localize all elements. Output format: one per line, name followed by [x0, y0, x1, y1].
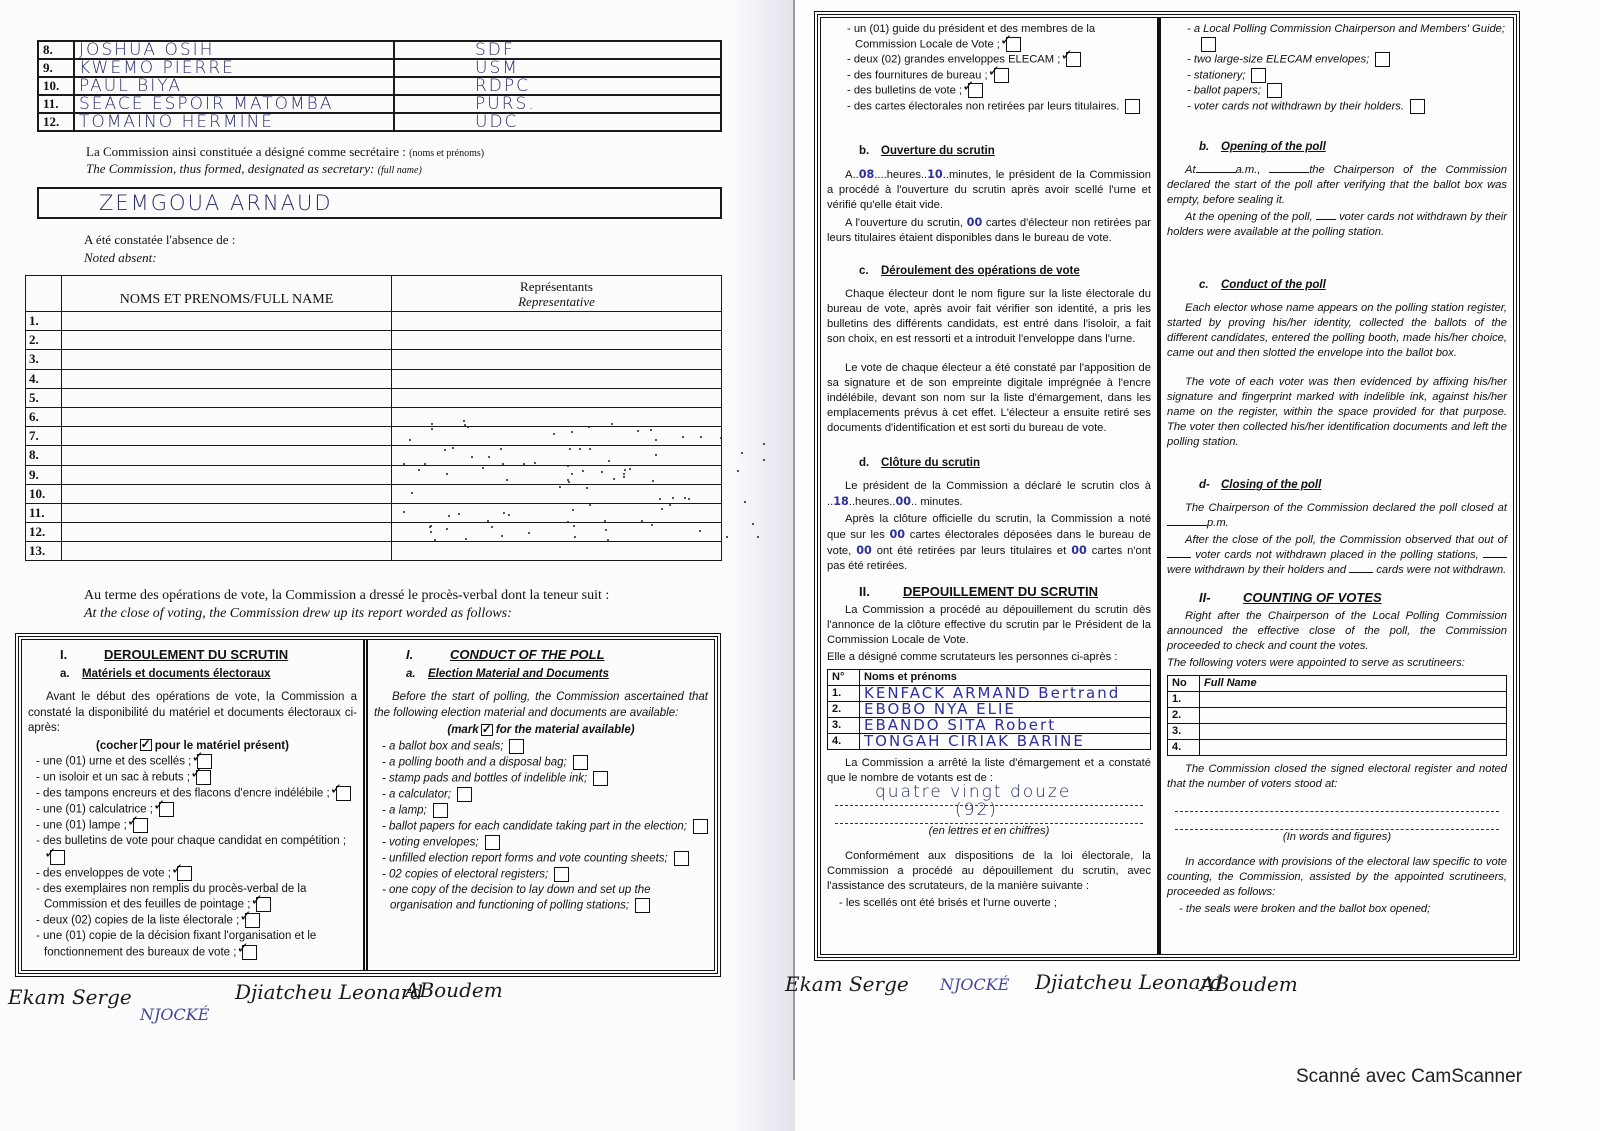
- member-number: 12.: [38, 113, 74, 131]
- checkbox[interactable]: [196, 770, 211, 785]
- checklist-item: - des enveloppes de vote ;: [36, 866, 357, 882]
- checklist-item-label: - deux (02) grandes enveloppes ELECAM ;: [847, 54, 1060, 66]
- counting-procedure-fr: Conformément aux dispositions de la loi …: [827, 849, 1151, 894]
- absent-row: 1.: [26, 312, 722, 331]
- absent-row: 5.: [26, 388, 722, 407]
- absent-members-table: NOMS ET PRENOMS/FULL NAME Représentants …: [25, 275, 722, 561]
- checklist-item-label: - deux (02) copies de la liste électoral…: [36, 915, 239, 927]
- member-row: 12. TOMAINO HERMINE UDC: [38, 113, 721, 131]
- secretary-hint-en: (full name): [378, 165, 422, 176]
- scrutineer-number: 3.: [828, 718, 860, 734]
- absent-representative-cell[interactable]: [392, 312, 722, 331]
- signature-3-left: Djiatcheu Leonard: [235, 980, 423, 1004]
- scrutineer-name[interactable]: [1200, 708, 1507, 724]
- material-checklist-fr-continued: - un (01) guide du président et des memb…: [827, 22, 1151, 114]
- scrutineer-row: 2.: [1168, 708, 1507, 724]
- speckle: [463, 420, 465, 422]
- absent-row-number: 12.: [26, 523, 62, 542]
- counting-item-en: - the seals were broken and the ballot b…: [1167, 902, 1507, 917]
- checklist-item-label: - a Local Polling Commission Chairperson…: [1187, 23, 1505, 35]
- speckle: [669, 504, 671, 506]
- checkbox[interactable]: [635, 898, 650, 913]
- voters-hint-fr: (en lettres et en chiffres): [827, 824, 1151, 839]
- voters-words-field-en[interactable]: [1175, 794, 1499, 812]
- checkbox[interactable]: [1267, 83, 1282, 98]
- checklist-item-label: - a lamp;: [382, 804, 427, 816]
- opening-minutes-value[interactable]: 10: [927, 168, 943, 181]
- closing-text-b: heures: [855, 496, 889, 508]
- camscanner-watermark: Scanné avec CamScanner: [1296, 1066, 1522, 1088]
- opening-text-a: A: [845, 169, 852, 181]
- absent-row: 9.: [26, 465, 722, 484]
- subsection-a-title-en: Election Material and Documents: [428, 668, 609, 680]
- absent-row: 7.: [26, 427, 722, 446]
- speckle: [503, 512, 505, 514]
- subsection-c-heading-en: c.Conduct of the poll: [1199, 278, 1507, 293]
- scrutineer-row: 4.TONGAH CIRIAK BARINE: [828, 734, 1151, 750]
- signature-2-left: NJOCKÉ: [140, 1005, 209, 1024]
- subsection-b-heading-en: b.Opening of the poll: [1199, 140, 1507, 155]
- checklist-item-label: - two large-size ELECAM envelopes;: [1187, 54, 1369, 66]
- checklist-item: - des exemplaires non remplis du procès-…: [36, 882, 357, 914]
- absent-representative-cell[interactable]: [392, 407, 722, 426]
- conduct-p1-fr: Chaque électeur dont le nom figure sur l…: [827, 287, 1151, 347]
- absent-row-number: 11.: [26, 503, 62, 522]
- speckle: [488, 456, 490, 458]
- checklist-item: - des bulletins de vote pour chaque cand…: [36, 834, 357, 866]
- subsection-d-title-fr: Clôture du scrutin: [881, 457, 980, 469]
- checklist-item: - une (01) lampe ;: [36, 818, 357, 834]
- checklist-item: - one copy of the decision to lay down a…: [382, 883, 708, 915]
- subsection-a-letter-en: a.: [406, 667, 428, 683]
- absent-row: 12.: [26, 523, 722, 542]
- member-row: 9. KWEMO PIERRE USM: [38, 59, 721, 77]
- scrutineers-intro-fr: Elle a désigné comme scrutateurs les per…: [827, 650, 1151, 665]
- scrutineers-table-en: NoFull Name1.2.3.4.: [1167, 675, 1507, 756]
- member-name[interactable]: SEACE ESPOIR MATOMBA: [74, 95, 394, 113]
- opening-cards-en-text-a: At the opening of the poll,: [1185, 211, 1313, 223]
- absent-name-cell[interactable]: [62, 388, 392, 407]
- speckle: [623, 473, 625, 475]
- absent-header-rep-en: Representative: [392, 294, 721, 309]
- absent-representative-cell[interactable]: [392, 523, 722, 542]
- checkbox[interactable]: [1006, 37, 1021, 52]
- absent-row-number: 8.: [26, 446, 62, 465]
- checkbox[interactable]: [968, 83, 983, 98]
- checklist-item: - ballot papers for each candidate takin…: [382, 819, 708, 835]
- opening-cards-value[interactable]: 00: [967, 216, 983, 229]
- speckle: [571, 431, 573, 433]
- absent-representative-cell[interactable]: [392, 446, 722, 465]
- speckle: [763, 443, 765, 445]
- subsection-c-letter-en: c.: [1199, 278, 1221, 293]
- section-I-roman-fr: I.: [60, 647, 104, 663]
- checklist-item: - voting envelopes;: [382, 835, 708, 851]
- voters-figure-field[interactable]: (92): [835, 806, 1143, 824]
- secretary-field[interactable]: ZEMGOUA ARNAUD: [37, 187, 722, 219]
- checklist-item: - two large-size ELECAM envelopes;: [1187, 52, 1507, 67]
- absent-representative-cell[interactable]: [392, 542, 722, 561]
- checklist-item: - des cartes électorales non retirées pa…: [847, 99, 1151, 114]
- subsection-a-title-fr: Matériels et documents électoraux: [82, 668, 271, 680]
- scrutineers-intro-en: The following voters were appointed to s…: [1167, 656, 1507, 671]
- absent-row: 6.: [26, 407, 722, 426]
- counting-procedure-en: In accordance with provisions of the ele…: [1167, 855, 1507, 900]
- absent-representative-cell[interactable]: [392, 388, 722, 407]
- checkbox[interactable]: [50, 850, 65, 865]
- checkbox[interactable]: [554, 867, 569, 882]
- section-I-title-fr: DEROULEMENT DU SCRUTIN: [104, 647, 288, 662]
- member-row: 8. JOSHUA OSIH SDF: [38, 41, 721, 59]
- section-I-heading-fr: I.DEROULEMENT DU SCRUTIN: [60, 647, 357, 663]
- absent-header-representative: Représentants Representative: [392, 276, 722, 312]
- closing-cards-en-text-d: cards were not withdrawn.: [1376, 564, 1506, 576]
- checkbox[interactable]: [1125, 99, 1140, 114]
- checkbox-sample-icon: [481, 724, 493, 736]
- member-row: 10. PAUL BIYA RDPC: [38, 77, 721, 95]
- checklist-item-label: - ballot papers;: [1187, 85, 1261, 97]
- checklist-item-label: - voter cards not withdrawn by their hol…: [1187, 100, 1404, 112]
- scrutineer-row: 1.: [1168, 692, 1507, 708]
- absent-row: 10.: [26, 484, 722, 503]
- member-name[interactable]: TOMAINO HERMINE: [74, 113, 394, 131]
- scrutineer-number: 2.: [828, 702, 860, 718]
- absent-name-cell[interactable]: [62, 407, 392, 426]
- signature-1-right: Ekam Serge: [785, 972, 909, 996]
- checklist-item-label: - a calculator;: [382, 788, 451, 800]
- checklist-item: - a polling booth and a disposal bag;: [382, 755, 708, 771]
- speckle: [608, 460, 610, 462]
- opening-en-text-a: At: [1185, 164, 1196, 176]
- opening-en-text-c: the Chairperson of the Commission declar…: [1167, 164, 1507, 206]
- subsection-d-letter-fr: d.: [859, 456, 881, 471]
- cards-withdrawn-value[interactable]: 00: [856, 544, 872, 557]
- subsection-b-letter-en: b.: [1199, 140, 1221, 155]
- speckle: [409, 439, 411, 441]
- material-checklist-fr: - une (01) urne et des scellés ;- un iso…: [28, 754, 357, 961]
- speckle: [699, 530, 701, 532]
- checkbox[interactable]: [674, 851, 689, 866]
- checkbox[interactable]: [242, 945, 257, 960]
- checklist-item: - un isoloir et un sac à rebuts ;: [36, 770, 357, 786]
- absent-row-number: 2.: [26, 331, 62, 350]
- scrutineer-name[interactable]: [1200, 724, 1507, 740]
- opening-en-text-b: a.m.,: [1236, 164, 1261, 176]
- checkbox[interactable]: [1410, 99, 1425, 114]
- absent-name-cell[interactable]: [62, 427, 392, 446]
- closing-cards-fr: Après la clôture officielle du scrutin, …: [827, 512, 1151, 574]
- member-party[interactable]: PURS.: [394, 95, 721, 113]
- checklist-item: - des tampons encreurs et des flacons d'…: [36, 786, 357, 802]
- closing-cards-text-c: ont été retirées par leurs titulaires et: [877, 545, 1066, 557]
- closing-hours-value[interactable]: 18: [833, 495, 849, 508]
- absent-name-cell[interactable]: [62, 503, 392, 522]
- speckle: [572, 509, 574, 511]
- absent-representative-cell[interactable]: [392, 465, 722, 484]
- speckle: [448, 515, 450, 517]
- cards-deposited-blank[interactable]: [1167, 557, 1191, 558]
- section-II-roman-en: II-: [1199, 590, 1243, 605]
- checklist-item: - ballot papers;: [1187, 83, 1507, 98]
- checkbox[interactable]: [994, 68, 1009, 83]
- opening-text-b: heures: [887, 169, 921, 181]
- absent-label-fr: A été constatée l'absence de :: [84, 232, 235, 248]
- section-II-roman-fr: II.: [859, 584, 903, 599]
- checkbox[interactable]: [573, 755, 588, 770]
- speckle: [659, 498, 661, 500]
- speckle: [506, 479, 508, 481]
- speckle: [684, 497, 686, 499]
- speckle: [605, 529, 607, 531]
- checklist-item-label: - voting envelopes;: [382, 836, 479, 848]
- scrutineer-number: 4.: [1168, 740, 1200, 756]
- absent-row: 13.: [26, 542, 722, 561]
- absent-representative-cell[interactable]: [392, 484, 722, 503]
- cards-not-withdrawn-blank[interactable]: [1349, 572, 1373, 573]
- opening-cards-fr: A l'ouverture du scrutin, 00 cartes d'él…: [827, 215, 1151, 246]
- speckle: [446, 528, 448, 530]
- absent-name-cell[interactable]: [62, 369, 392, 388]
- scrutineer-name[interactable]: [1200, 692, 1507, 708]
- section-I-heading-en: I.CONDUCT OF THE POLL: [406, 647, 708, 663]
- member-party[interactable]: RDPC: [394, 77, 721, 95]
- speckle: [611, 423, 613, 425]
- checklist-item-label: - une (01) lampe ;: [36, 820, 127, 832]
- checkbox[interactable]: [159, 802, 174, 817]
- secretary-label-en: The Commission, thus formed, designated …: [86, 161, 422, 177]
- checklist-item-label: - des bulletins de vote pour chaque cand…: [36, 835, 346, 847]
- section-II-heading-en: II-COUNTING OF VOTES: [1199, 590, 1507, 605]
- checkbox[interactable]: [693, 819, 708, 834]
- member-name[interactable]: KWEMO PIERRE: [74, 59, 394, 77]
- checkbox[interactable]: [1375, 52, 1390, 67]
- closing-cards-en-text-a: After the close of the poll, the Commiss…: [1185, 534, 1507, 546]
- voters-figure-field-en[interactable]: [1175, 812, 1499, 830]
- subsection-b-title-fr: Ouverture du scrutin: [881, 145, 995, 157]
- checkbox[interactable]: [1066, 52, 1081, 67]
- closing-time-blank[interactable]: [1167, 525, 1207, 526]
- closing-en-text-b: p.m.: [1207, 517, 1229, 529]
- scrutineer-number: 2.: [1168, 708, 1200, 724]
- opening-hours-value[interactable]: 08: [859, 168, 875, 181]
- secretary-label-fr: La Commission ainsi constituée a désigné…: [86, 144, 484, 160]
- page-gutter: [735, 0, 795, 1131]
- checklist-item-label: - des enveloppes de vote ;: [36, 867, 171, 879]
- scrutineer-number: 4.: [828, 734, 860, 750]
- member-name[interactable]: PAUL BIYA: [74, 77, 394, 95]
- secretary-label-fr-text: La Commission ainsi constituée a désigné…: [86, 144, 409, 159]
- absent-row-number: 4.: [26, 369, 62, 388]
- member-party[interactable]: UDC: [394, 113, 721, 131]
- checklist-item: - unfilled election report forms and vot…: [382, 851, 708, 867]
- checklist-item: - a Local Polling Commission Chairperson…: [1187, 22, 1507, 52]
- checklist-item-label: - stamp pads and bottles of indelible in…: [382, 772, 587, 784]
- checklist-item: - stationery;: [1187, 68, 1507, 83]
- checkbox[interactable]: [1201, 37, 1216, 52]
- subsection-d-heading-en: d-Closing of the poll: [1199, 478, 1507, 493]
- checklist-item-label: - ballot papers for each candidate takin…: [382, 820, 687, 832]
- absent-name-cell[interactable]: [62, 331, 392, 350]
- checklist-item-label: - unfilled election report forms and vot…: [382, 852, 668, 864]
- absent-representative-cell[interactable]: [392, 331, 722, 350]
- checklist-item: - a lamp;: [382, 803, 708, 819]
- absent-representative-cell[interactable]: [392, 427, 722, 446]
- checkbox[interactable]: [485, 835, 500, 850]
- cards-deposited-value[interactable]: 00: [890, 528, 906, 541]
- checklist-item: - voter cards not withdrawn by their hol…: [1187, 99, 1507, 114]
- checkbox[interactable]: [1251, 68, 1266, 83]
- instruction-pre-fr: (cocher: [96, 740, 138, 752]
- material-instruction-en: (mark for the material available): [374, 723, 708, 739]
- checkbox-sample-icon: [140, 739, 152, 751]
- checklist-item: - une (01) copie de la décision fixant l…: [36, 929, 357, 961]
- subsection-a-heading-en: a.Election Material and Documents: [406, 667, 708, 683]
- checkbox[interactable]: [509, 739, 524, 754]
- speckle: [652, 480, 654, 482]
- member-number: 9.: [38, 59, 74, 77]
- speckle: [434, 539, 436, 541]
- closing-minutes-value[interactable]: 00: [895, 495, 911, 508]
- subsection-c-title-en: Conduct of the poll: [1221, 279, 1326, 291]
- checkbox[interactable]: [336, 786, 351, 801]
- secretary-name: ZEMGOUA ARNAUD: [99, 191, 333, 215]
- absent-representative-cell[interactable]: [392, 503, 722, 522]
- scrutineer-header-name: Full Name: [1200, 676, 1507, 692]
- secretary-hint-fr: (noms et prénoms): [409, 148, 484, 159]
- section-II-title-fr: DEPOUILLEMENT DU SCRUTIN: [903, 584, 1098, 599]
- absent-header-rep-fr: Représentants: [520, 279, 593, 294]
- closing-statement-en: At the close of voting, the Commission d…: [84, 606, 512, 622]
- section-II-heading-fr: II.DEPOUILLEMENT DU SCRUTIN: [859, 584, 1151, 599]
- closing-statement-fr: Au terme des opérations de vote, la Comm…: [84, 588, 609, 604]
- checkbox[interactable]: [245, 913, 260, 928]
- checklist-item: - a calculator;: [382, 787, 708, 803]
- checkbox[interactable]: [593, 771, 608, 786]
- absent-row-number: 3.: [26, 350, 62, 369]
- signature-2-right: NJOCKÉ: [940, 975, 1009, 994]
- material-intro-en: Before the start of polling, the Commiss…: [374, 690, 708, 721]
- speckle: [604, 520, 606, 522]
- scrutineers-table-fr: N°Noms et prénoms1.KENFACK ARMAND Bertra…: [827, 669, 1151, 750]
- checklist-item-label: - des cartes électorales non retirées pa…: [847, 100, 1119, 112]
- absent-header-name: NOMS ET PRENOMS/FULL NAME: [62, 276, 392, 312]
- checkbox[interactable]: [457, 787, 472, 802]
- absent-row: 8.: [26, 446, 722, 465]
- opening-minutes-blank[interactable]: [1269, 172, 1309, 173]
- absent-name-cell[interactable]: [62, 465, 392, 484]
- absent-row-number: 1.: [26, 312, 62, 331]
- closing-cards-en-text-c: were withdrawn by their holders and: [1167, 564, 1346, 576]
- checklist-item-label: - des tampons encreurs et des flacons d'…: [36, 788, 330, 800]
- subsection-c-letter-fr: c.: [859, 264, 881, 279]
- absent-name-cell[interactable]: [62, 523, 392, 542]
- scrutineer-header-no: N°: [828, 670, 860, 686]
- subsection-c-title-fr: Déroulement des opérations de vote: [881, 265, 1080, 277]
- absent-row-number: 7.: [26, 427, 62, 446]
- checklist-item-label: - stationery;: [1187, 69, 1245, 81]
- scrutineer-row: 3.: [1168, 724, 1507, 740]
- checkbox[interactable]: [133, 818, 148, 833]
- checklist-item-label: - a polling booth and a disposal bag;: [382, 756, 567, 768]
- checklist-item-label: - a ballot box and seals;: [382, 740, 503, 752]
- opening-hours-blank[interactable]: [1196, 172, 1236, 173]
- secretary-label-en-text: The Commission, thus formed, designated …: [86, 161, 378, 176]
- scrutineer-name[interactable]: [1200, 740, 1507, 756]
- checklist-item-label: - des bulletins de vote ;: [847, 85, 962, 97]
- scrutineer-row: 4.: [1168, 740, 1507, 756]
- checkbox[interactable]: [256, 897, 271, 912]
- absent-row: 2.: [26, 331, 722, 350]
- signature-4-right: ABoudem: [1200, 972, 1298, 996]
- member-party[interactable]: SDF: [394, 41, 721, 59]
- cards-not-withdrawn-value[interactable]: 00: [1071, 544, 1087, 557]
- voters-words-value: quatre vingt douze: [875, 785, 1071, 800]
- checklist-item: - deux (02) copies de la liste électoral…: [36, 913, 357, 929]
- cards-withdrawn-blank[interactable]: [1483, 557, 1507, 558]
- scrutineers-header: NoFull Name: [1168, 676, 1507, 692]
- opening-cards-blank[interactable]: [1316, 219, 1336, 220]
- conduct-p2-fr: Le vote de chaque électeur a été constat…: [827, 361, 1151, 436]
- checklist-item-label: - 02 copies of electoral registers;: [382, 868, 548, 880]
- speckle: [582, 470, 584, 472]
- checklist-item: - a ballot box and seals;: [382, 739, 708, 755]
- checklist-item-label: - une (01) urne et des scellés ;: [36, 756, 191, 768]
- subsection-b-title-en: Opening of the poll: [1221, 141, 1326, 153]
- conduct-p1-en: Each elector whose name appears on the p…: [1167, 301, 1507, 361]
- closing-time-fr: Le président de la Commission a déclaré …: [827, 479, 1151, 510]
- instruction-post-fr: pour le matériel présent): [155, 740, 289, 752]
- absent-representative-cell[interactable]: [392, 369, 722, 388]
- member-name[interactable]: JOSHUA OSIH: [74, 41, 394, 59]
- subsection-b-heading-fr: b.Ouverture du scrutin: [859, 144, 1151, 159]
- checkbox[interactable]: [177, 866, 192, 881]
- absent-representative-cell[interactable]: [392, 350, 722, 369]
- closing-cards-en: After the close of the poll, the Commiss…: [1167, 533, 1507, 578]
- scrutineer-name[interactable]: TONGAH CIRIAK BARINE: [860, 734, 1151, 750]
- absent-name-cell[interactable]: [62, 446, 392, 465]
- checklist-item: - 02 copies of electoral registers;: [382, 867, 708, 883]
- absent-name-cell[interactable]: [62, 312, 392, 331]
- scrutineer-number: 3.: [1168, 724, 1200, 740]
- instruction-post-en: for the material available): [496, 724, 635, 736]
- voters-count-intro-en: The Commission closed the signed elector…: [1167, 762, 1507, 792]
- subsection-b-letter-fr: b.: [859, 144, 881, 159]
- absent-name-cell[interactable]: [62, 542, 392, 561]
- absent-name-cell[interactable]: [62, 350, 392, 369]
- scrutineer-number: 1.: [1168, 692, 1200, 708]
- subsection-d-letter-en: d-: [1199, 478, 1221, 493]
- speckle: [741, 452, 743, 454]
- checklist-item: - une (01) calculatrice ;: [36, 802, 357, 818]
- closing-cards-en-text-b: voter cards not withdrawn placed in the …: [1195, 549, 1478, 561]
- absent-row: 11.: [26, 503, 722, 522]
- right-page-panel: - un (01) guide du président et des memb…: [817, 14, 1517, 958]
- counting-item-fr: - les scellés ont été brisés et l'urne o…: [827, 896, 1151, 911]
- member-party[interactable]: USM: [394, 59, 721, 77]
- opening-time-en: Ata.m., the Chairperson of the Commissio…: [1167, 163, 1507, 208]
- material-checklist-en: - a ballot box and seals;- a polling boo…: [374, 739, 708, 915]
- section-I-title-en: CONDUCT OF THE POLL: [450, 647, 605, 662]
- speckle: [467, 426, 469, 428]
- material-checklist-en-continued: - a Local Polling Commission Chairperson…: [1167, 22, 1507, 114]
- speckle: [508, 514, 510, 516]
- absent-name-cell[interactable]: [62, 484, 392, 503]
- absent-row-number: 6.: [26, 407, 62, 426]
- commission-members-table: 8. JOSHUA OSIH SDF9. KWEMO PIERRE USM10.…: [37, 40, 722, 132]
- closing-text-c: minutes.: [920, 496, 962, 508]
- section-I-panel: I.DEROULEMENT DU SCRUTIN a.Matériels et …: [18, 636, 718, 974]
- checkbox[interactable]: [433, 803, 448, 818]
